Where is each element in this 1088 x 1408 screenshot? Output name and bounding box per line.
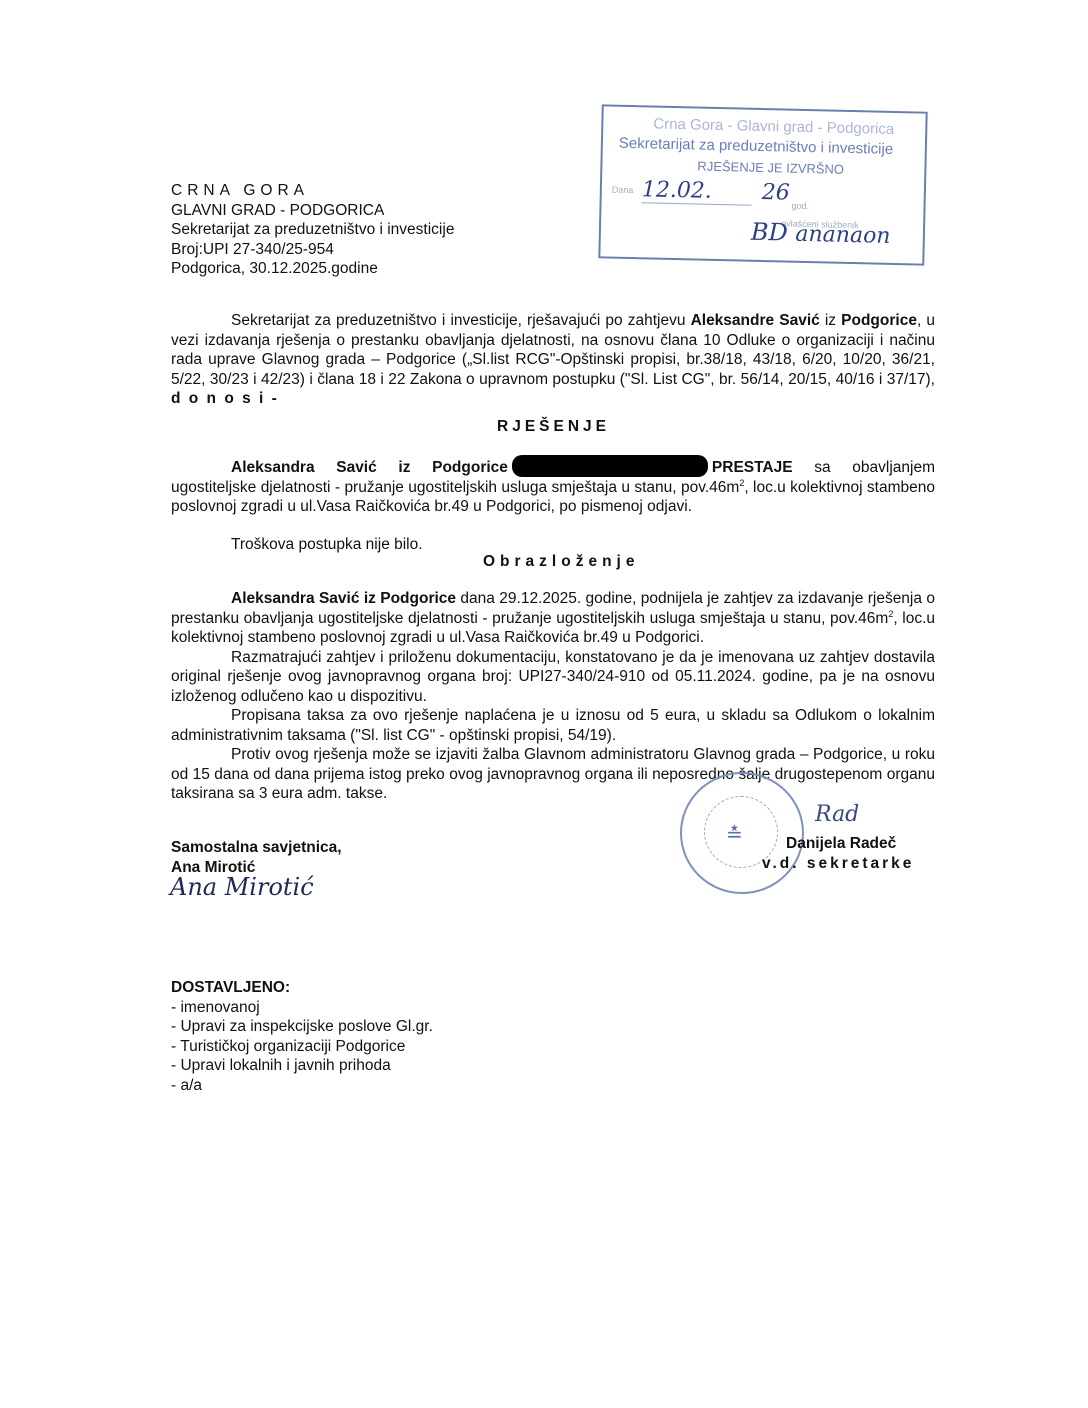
stamp-line-department: Sekretarijat za preduzetništvo i investi… — [619, 135, 894, 158]
reasoning-paragraph-2: Razmatrajući zahtjev i priloženu dokumen… — [171, 648, 935, 707]
document-header: CRNA GORA GLAVNI GRAD - PODGORICA Sekret… — [171, 181, 454, 279]
stamp-signature: BD ananaon — [751, 218, 891, 249]
ruling-title: RJEŠENJE — [497, 418, 610, 436]
costs-paragraph: Troškova postupka nije bilo. — [171, 535, 935, 555]
header-number: Broj:UPI 27-340/25-954 — [171, 240, 454, 260]
right-handwritten-signature: Rad — [815, 802, 859, 827]
header-city: GLAVNI GRAD - PODGORICA — [171, 201, 454, 221]
right-signer-name: Danijela Radeč — [786, 834, 914, 854]
header-place-date: Podgorica, 30.12.2025.godine — [171, 259, 454, 279]
stamp-line-enforceable: RJEŠENJE JE IZVRŠNO — [697, 159, 844, 177]
header-country: CRNA GORA — [171, 181, 454, 201]
reasoning-body: Aleksandra Savić iz Podgorice dana 29.12… — [171, 589, 935, 804]
reasoning-paragraph-4: Protiv ovog rješenja može se izjaviti ža… — [171, 745, 935, 804]
stamp-god-label: god. — [791, 201, 809, 211]
intro-paragraph: Sekretarijat za preduzetništvo i investi… — [171, 311, 935, 409]
delivered-item: - Upravi za inspekcijske poslove Gl.gr. — [171, 1017, 433, 1037]
right-signer-role: v.d. sekretarke — [762, 854, 914, 874]
stamp-handwritten-date: 12.02. — [642, 177, 753, 205]
stamp-handwritten-year: 26 — [762, 180, 791, 206]
left-signer-role: Samostalna savjetnica, — [171, 838, 342, 858]
left-handwritten-signature: Ana Mirotić — [170, 873, 314, 901]
redacted-block — [512, 455, 708, 477]
delivered-list: DOSTAVLJENO: - imenovanoj - Upravi za in… — [171, 978, 433, 1095]
delivered-item: - Upravi lokalnih i javnih prihoda — [171, 1056, 433, 1076]
enforceability-stamp: Crna Gora - Glavni grad - Podgorica Sekr… — [598, 104, 927, 265]
stamp-dana-label: Dana — [612, 185, 634, 195]
ruling-paragraph: Aleksandra Savić iz PodgoricePRESTAJE sa… — [171, 455, 935, 517]
stamp-line-authority: Crna Gora - Glavni grad - Podgorica — [653, 115, 894, 137]
header-department: Sekretarijat za preduzetništvo i investi… — [171, 220, 454, 240]
delivered-item: - a/a — [171, 1076, 433, 1096]
official-seal: ≛ — [680, 772, 804, 894]
delivered-item: - imenovanoj — [171, 998, 433, 1018]
seal-emblem-icon: ≛ — [726, 822, 743, 847]
left-signer: Samostalna savjetnica, Ana Mirotić — [171, 838, 342, 877]
reasoning-paragraph-3: Propisana taksa za ovo rješenje naplaćen… — [171, 706, 935, 745]
delivered-heading: DOSTAVLJENO: — [171, 978, 433, 998]
delivered-item: - Turističkoj organizaciji Podgorice — [171, 1037, 433, 1057]
reasoning-title: Obrazloženje — [483, 553, 639, 571]
reasoning-paragraph-1: Aleksandra Savić iz Podgorice dana 29.12… — [171, 589, 935, 648]
right-signer: Danijela Radeč v.d. sekretarke — [786, 834, 914, 873]
